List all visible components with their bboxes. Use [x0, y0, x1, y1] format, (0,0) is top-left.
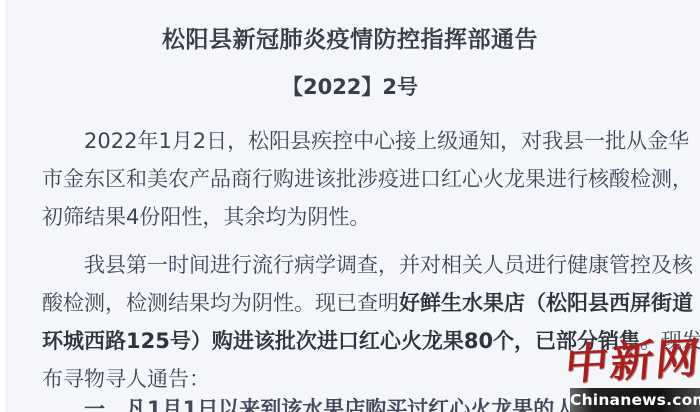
paragraph-1-line-2: 市金东区和美农产品商行购进该批涉疫进口红心火龙果进行核酸检测，	[42, 160, 697, 198]
notice-page: 松阳县新冠肺炎疫情防控指挥部通告 【2022】2号 2022年1月2日，松阳县疾…	[0, 0, 700, 412]
store-address-highlight: 环城西路125号）购进该批次进口红心火龙果80个，已部分销售	[42, 329, 640, 353]
notice-body: 2022年1月2日，松阳县疾控中心接上级通知，对我县一批从金华 市金东区和美农产…	[42, 122, 697, 398]
paragraph-2-line-3: 环城西路125号）购进该批次进口红心火龙果80个，已部分销售。现发	[42, 322, 697, 360]
paragraph-2-line-1: 我县第一时间进行流行病学调查，并对相关人员进行健康管控及核	[42, 246, 697, 284]
paragraph-2: 我县第一时间进行流行病学调查，并对相关人员进行健康管控及核 酸检测，检测结果均为…	[42, 246, 697, 398]
store-name-highlight: 好鲜生水果店（松阳县西屏街道	[399, 291, 693, 315]
paragraph-1-line-1: 2022年1月2日，松阳县疾控中心接上级通知，对我县一批从金华	[42, 122, 697, 160]
notice-doc-number: 【2022】2号	[0, 74, 700, 100]
paragraph-1: 2022年1月2日，松阳县疾控中心接上级通知，对我县一批从金华 市金东区和美农产…	[42, 122, 697, 236]
paragraph-2-line-2-regular: 酸检测，检测结果均为阴性。现已查明	[42, 291, 399, 315]
chinanews-url-bar: Chinanews.com	[570, 388, 700, 412]
paragraph-2-line-3-regular: 。现发	[640, 329, 700, 353]
page-left-edge	[0, 0, 7, 412]
paragraph-2-line-2: 酸检测，检测结果均为阴性。现已查明好鲜生水果店（松阳县西屏街道	[42, 284, 697, 322]
notice-title: 松阳县新冠肺炎疫情防控指挥部通告	[0, 25, 700, 55]
paragraph-1-line-3: 初筛结果4份阳性，其余均为阴性。	[42, 198, 697, 236]
clipped-bottom-line: 一、凡1月1日以来到该水果店购买过红心火龙果的人员	[84, 398, 596, 412]
